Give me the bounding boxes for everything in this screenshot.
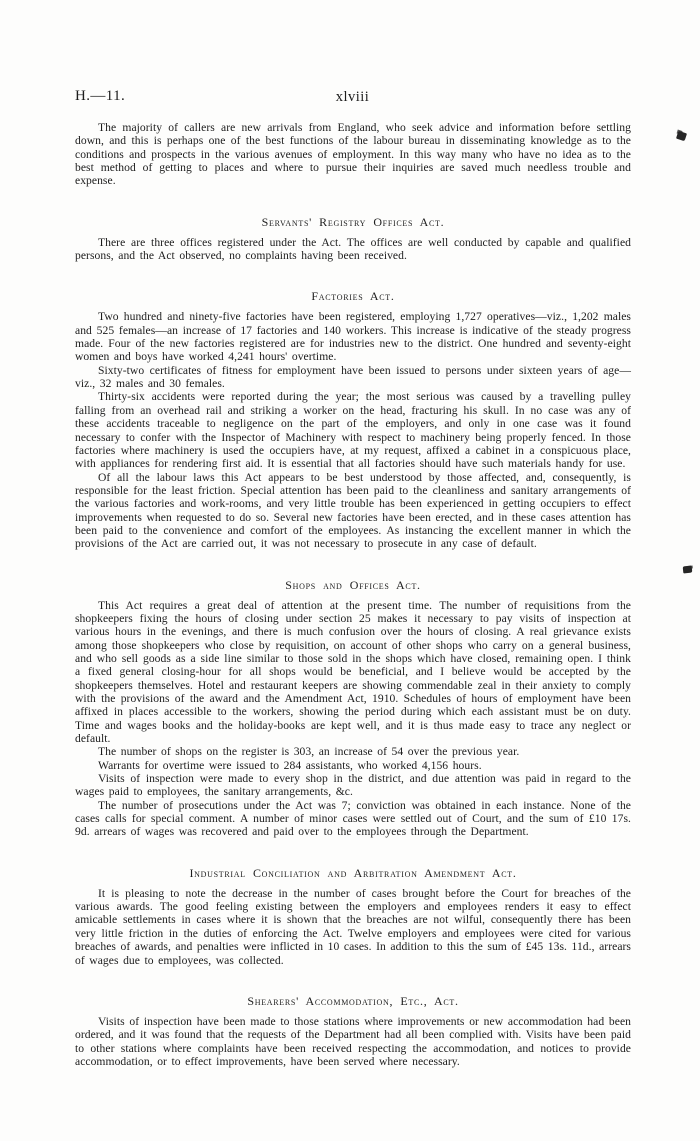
paragraph: The number of prosecutions under the Act… [75, 799, 631, 839]
paragraph: Visits of inspection were made to every … [75, 772, 631, 799]
paragraph: Sixty-two certificates of fitness for em… [75, 364, 631, 391]
paragraph: Two hundred and ninety-five factories ha… [75, 310, 631, 363]
paragraph: This Act requires a great deal of attent… [75, 599, 631, 746]
section-heading: Factories Act. [75, 289, 631, 304]
section-heading: Shearers' Accommodation, Etc., Act. [75, 994, 631, 1009]
section-servants-registry-offices-act: Servants' Registry Offices Act. There ar… [75, 215, 631, 263]
paragraph: It is pleasing to note the decrease in t… [75, 887, 631, 967]
section-heading: Shops and Offices Act. [75, 578, 631, 593]
paragraph: There are three offices registered under… [75, 236, 631, 263]
section-heading: Servants' Registry Offices Act. [75, 215, 631, 230]
paragraph: Visits of inspection have been made to t… [75, 1015, 631, 1068]
section-shops-and-offices-act: Shops and Offices Act. This Act requires… [75, 578, 631, 839]
paragraph: The number of shops on the register is 3… [75, 745, 631, 758]
section-factories-act: Factories Act. Two hundred and ninety-fi… [75, 289, 631, 550]
folio-page-number: xlviii [75, 89, 630, 106]
paragraph: Warrants for overtime were issued to 284… [75, 759, 631, 772]
scan-ink-artifact [683, 566, 693, 574]
document-page: H.—11. xlviii The majority of callers ar… [0, 0, 700, 1141]
section-introduction: The majority of callers are new arrivals… [75, 121, 631, 188]
paragraph: Thirty-six accidents were reported durin… [75, 390, 631, 470]
section-heading: Industrial Conciliation and Arbitration … [75, 866, 631, 881]
section-shearers-accommodation-act: Shearers' Accommodation, Etc., Act. Visi… [75, 994, 631, 1068]
paragraph: Of all the labour laws this Act appears … [75, 471, 631, 551]
section-industrial-conciliation-act: Industrial Conciliation and Arbitration … [75, 866, 631, 967]
paragraph: The majority of callers are new arrivals… [75, 121, 631, 188]
page-header: H.—11. xlviii [75, 88, 630, 106]
scan-ink-artifact [676, 131, 687, 141]
document-content: The majority of callers are new arrivals… [75, 121, 631, 1068]
